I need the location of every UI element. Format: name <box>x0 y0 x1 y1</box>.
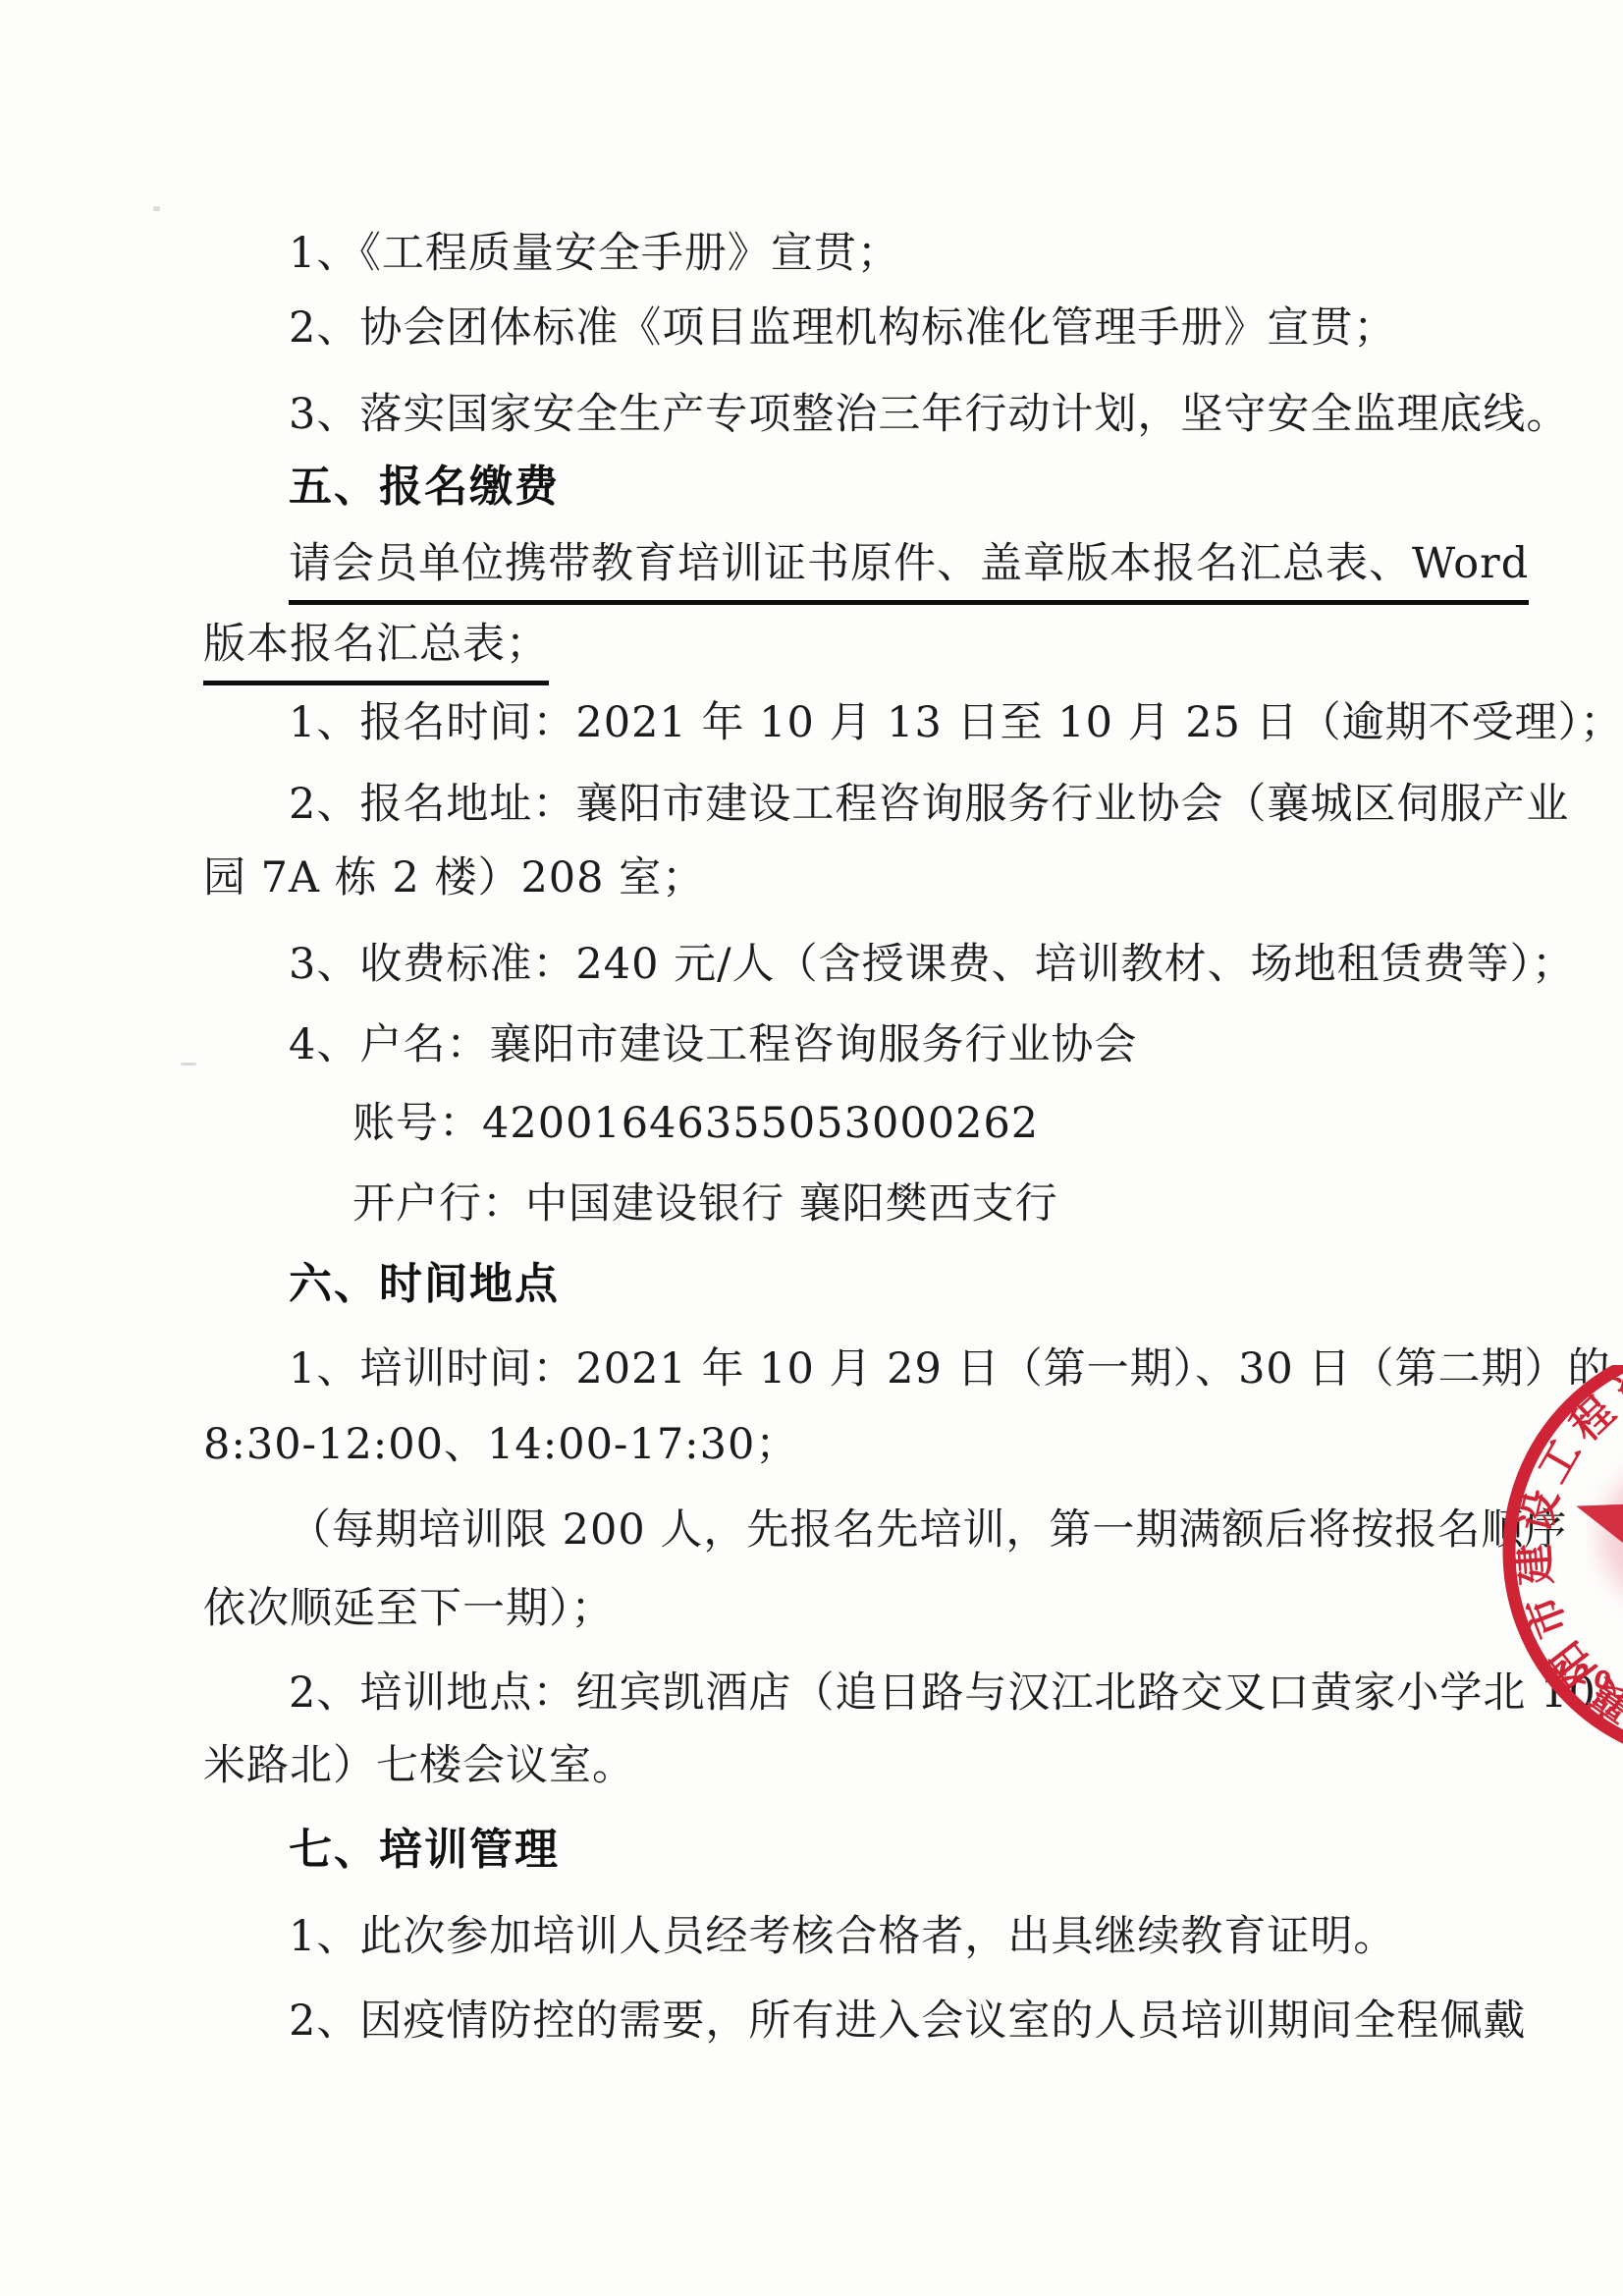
scan-speck <box>181 1063 196 1066</box>
seal-arc-char: 设 <box>1511 1485 1567 1536</box>
official-seal: 襄 阳 市 建 设 工 程 咨 420 <box>1426 1365 1623 1758</box>
section-heading-5: 五、报名缴费 <box>289 460 560 515</box>
doc-line: 2、报名地址：襄阳市建设工程咨询服务行业协会（襄城区伺服产业 <box>289 777 1569 832</box>
scan-speck <box>153 206 160 211</box>
doc-line: 1、《工程质量安全手册》宣贯； <box>289 226 900 281</box>
section-heading-7: 七、培训管理 <box>289 1823 560 1878</box>
doc-line: 2、协会团体标准《项目监理机构标准化管理手册》宣贯； <box>289 301 1396 355</box>
doc-line: 依次顺延至下一期）； <box>203 1581 615 1636</box>
doc-line: 1、报名时间：2021 年 10 月 13 日至 10 月 25 日（逾期不受理… <box>289 695 1623 750</box>
doc-line: 1、培训时间：2021 年 10 月 29 日（第一期）、30 日（第二期）的 <box>289 1341 1610 1396</box>
doc-line: 园 7A 栋 2 楼）208 室； <box>203 850 705 905</box>
doc-line: 米路北）七楼会议室。 <box>203 1738 635 1793</box>
doc-line: 8:30-12:00、14:00-17:30； <box>203 1417 798 1472</box>
doc-line: 3、收费标准：240 元/人（含授课费、培训教材、场地租赁费等）； <box>289 937 1575 992</box>
doc-line-underlined: 请会员单位携带教育培训证书原件、盖章版本报名汇总表、Word <box>289 536 1529 605</box>
account-number-line: 账号：42001646355053000262 <box>352 1096 1039 1151</box>
doc-line: （每期培训限 200 人，先报名先培训，第一期满额后将按报名顺序 <box>289 1503 1567 1558</box>
section-heading-6: 六、时间地点 <box>289 1257 560 1312</box>
doc-line: 4、户名：襄阳市建设工程咨询服务行业协会 <box>289 1017 1137 1072</box>
doc-line: 1、此次参加培训人员经考核合格者，出具继续教育证明。 <box>289 1909 1396 1964</box>
doc-line: 2、培训地点：纽宾凯酒店（追日路与汉江北路交叉口黄家小学北 10 <box>289 1666 1596 1721</box>
doc-line-underlined: 版本报名汇总表； <box>203 617 549 685</box>
doc-line: 3、落实国家安全生产专项整治三年行动计划，坚守安全监理底线。 <box>289 387 1569 442</box>
scanned-document-page: 1、《工程质量安全手册》宣贯； 2、协会团体标准《项目监理机构标准化管理手册》宣… <box>0 0 1623 2296</box>
seal-graphic: 襄 阳 市 建 设 工 程 咨 420 <box>1426 1365 1623 1758</box>
doc-line: 2、因疫情防控的需要，所有进入会议室的人员培训期间全程佩戴 <box>289 1994 1526 2049</box>
seal-arc-char: 建 <box>1509 1542 1560 1586</box>
bank-line: 开户行：中国建设银行 襄阳樊西支行 <box>352 1176 1058 1231</box>
